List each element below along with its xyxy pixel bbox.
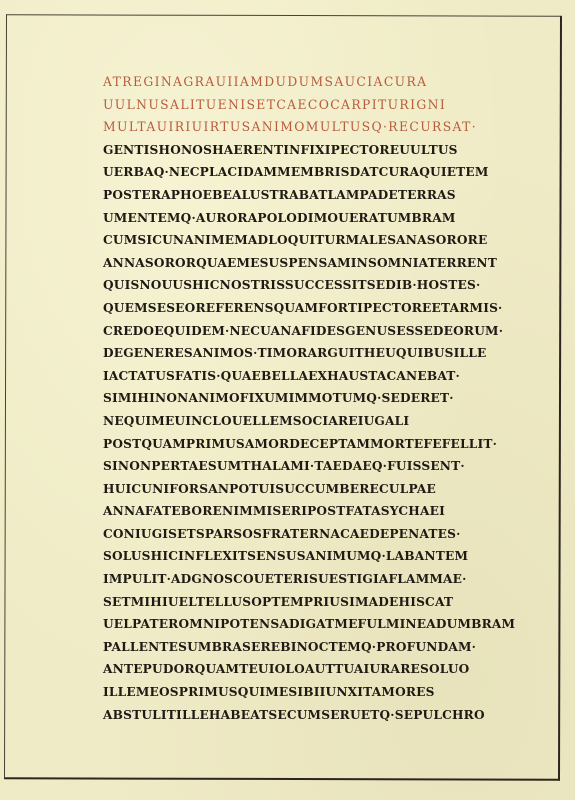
text-line: IACTATUSFATIS·QUAEBELLAEXHAUSTACANEBAT·: [103, 365, 535, 388]
text-line: POSTQUAMPRIMUSAMORDECEPTAMMORTEFEFELLIT·: [103, 433, 535, 456]
text-line: GENTISHONOSHAERENTINFIXIPECTOREUULTUS: [103, 139, 535, 162]
text-line: SIMIHINONANIMOFIXUMIMMOTUMQ·SEDERET·: [103, 387, 535, 410]
rubric-line: UULNUSALITUENISETCAECOCARPITURIGNI: [103, 94, 535, 117]
text-line: POSTERAPHOEBEALUSTRABATLAMPADETERRAS: [103, 184, 535, 207]
text-line: PALLENTESUMBRASEREBINOCTEMQ·PROFUNDAM·: [103, 636, 535, 659]
text-line: UERBAQ·NECPLACIDAMMEMBRISDATCURAQUIETEM: [103, 161, 535, 184]
text-line: HUICUNIFORSANPOTUISUCCUMBERECULPAE: [103, 478, 535, 501]
text-line: UMENTEMQ·AURORAPOLODIMOUERATUMBRAM: [103, 207, 535, 230]
text-line: SETMIHIUELTELLUSOPTEMPRIUSIMADEHISCAT: [103, 591, 535, 614]
text-line: IMPULIT·ADGNOSCOUETERISUESTIGIAFLAMMAE·: [103, 568, 535, 591]
manuscript-page: ATREGINAGRAUIIAMDUDUMSAUCIACURA UULNUSAL…: [0, 0, 575, 800]
text-line: DEGENERESANIMOS·TIMORARGUITHEUQUIBUSILLE: [103, 342, 535, 365]
text-line: ANNASORORQUAEMESUSPENSAMINSOMNIATERRENT: [103, 252, 535, 275]
text-line: SOLUSHICINFLEXITSENSUSANIMUMQ·LABANTEM: [103, 545, 535, 568]
text-block: ATREGINAGRAUIIAMDUDUMSAUCIACURA UULNUSAL…: [103, 71, 543, 726]
text-line: ANTEPUDORQUAMTEUIOLOAUTTUAIURARESOLUO: [103, 658, 535, 681]
text-line: CREDOEQUIDEM·NECUANAFIDESGENUSESSEDEORUM…: [103, 320, 535, 343]
text-line: NEQUIMEUINCLOUELLEMSOCIAREIUGALI: [103, 410, 535, 433]
text-line: SINONPERTAESUMTHALAMI·TAEDAEQ·FUISSENT·: [103, 455, 535, 478]
text-line: QUEMSESEOREFERENSQUAMFORTIPECTOREETARMIS…: [103, 297, 535, 320]
text-line: ILLEMEOSPRIMUSQUIMESIBIIUNXITAMORES: [103, 681, 535, 704]
rubric-line: MULTAUIRIUIRTUSANIMOMULTUSQ·RECURSAT·: [103, 116, 535, 139]
text-line: QUISNOUUSHICNOSTRISSUCCESSITSEDIB·HOSTES…: [103, 274, 535, 297]
text-line: CONIUGISETSPARSOSFRATERNACAEDEPENATES·: [103, 523, 535, 546]
text-line: CUMSICUNANIMEMADLOQUITURMALESANASORORE: [103, 229, 535, 252]
text-line: UELPATEROMNIPOTENSADIGATMEFULMINEADUMBRA…: [103, 613, 535, 636]
text-line: ANNAFATEBORENIMMISERIPOSTFATASYCHAEI: [103, 500, 535, 523]
text-line: ABSTULITILLEHABEATSECUMSERUETQ·SEPULCHRO: [103, 704, 535, 727]
rubric-line: ATREGINAGRAUIIAMDUDUMSAUCIACURA: [103, 71, 535, 94]
